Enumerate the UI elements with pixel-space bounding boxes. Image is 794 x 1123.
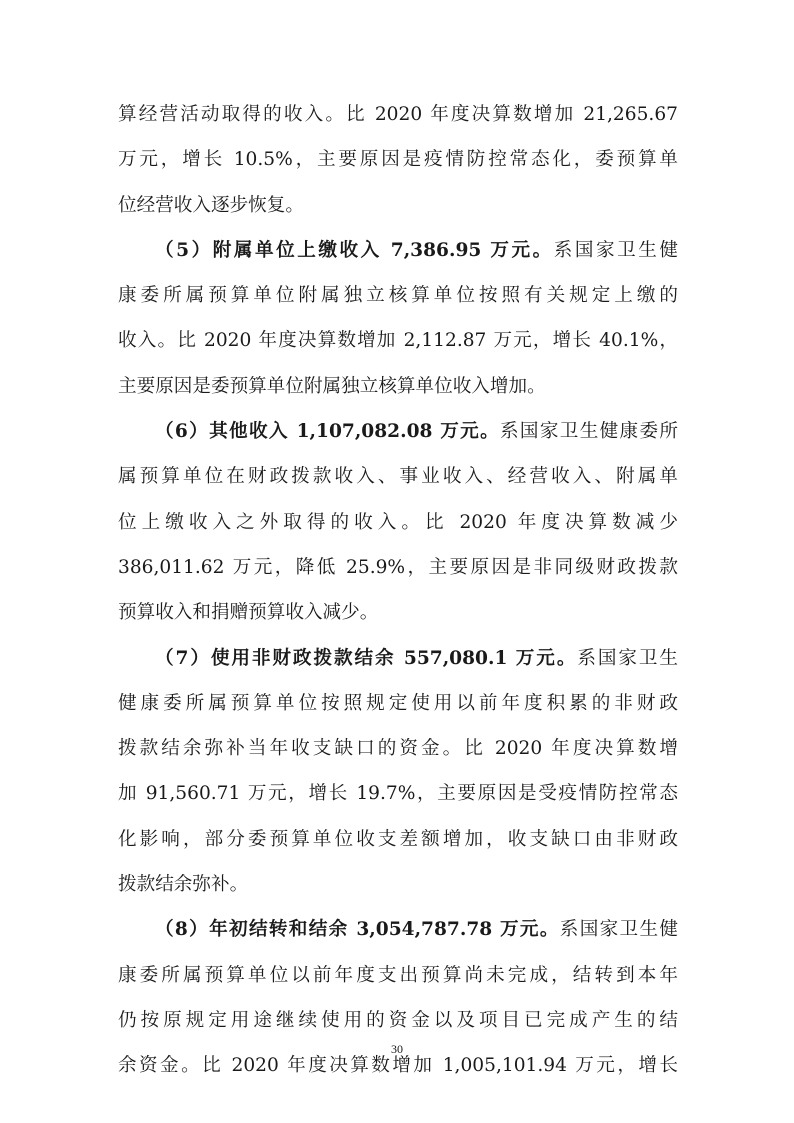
heading-continuation: 系国家卫生健康委所 bbox=[500, 421, 678, 442]
text-line: 主要原因是委预算单位附属独立核算单位收入增加。 bbox=[118, 364, 678, 409]
text-line: 加 91,560.71 万元，增长 19.7%，主要原因是受疫情防控常态 bbox=[118, 771, 678, 816]
item-heading: （6）其他收入 1,107,082.08 万元。 bbox=[155, 421, 500, 442]
text-line: 预算收入和捐赠预算收入减少。 bbox=[118, 590, 678, 635]
text-line: 属预算单位在财政拨款收入、事业收入、经营收入、附属单 bbox=[118, 454, 678, 499]
item-heading: （8）年初结转和结余 3,054,787.78 万元。 bbox=[155, 919, 560, 940]
text-line: 仍按原规定用途继续使用的资金以及项目已完成产生的结 bbox=[118, 998, 678, 1043]
text-line: 拨款结余弥补。 bbox=[118, 862, 678, 907]
heading-continuation: 系国家卫生健 bbox=[554, 240, 678, 261]
page-body: 算经营活动取得的收入。比 2020 年度决算数增加 21,265.67 万元，增… bbox=[118, 92, 678, 1089]
item-heading: （7）使用非财政拨款结余 557,080.1 万元。 bbox=[155, 648, 577, 669]
paragraph-heading-line: （6）其他收入 1,107,082.08 万元。系国家卫生健康委所 bbox=[118, 409, 678, 454]
text-line: 算经营活动取得的收入。比 2020 年度决算数增加 21,265.67 bbox=[118, 92, 678, 137]
item-heading: （5）附属单位上缴收入 7,386.95 万元。 bbox=[155, 240, 554, 261]
paragraph-heading-line: （7）使用非财政拨款结余 557,080.1 万元。系国家卫生 bbox=[118, 636, 678, 681]
text-line: 健康委所属预算单位按照规定使用以前年度积累的非财政 bbox=[118, 681, 678, 726]
text-line: 万元，增长 10.5%，主要原因是疫情防控常态化，委预算单 bbox=[118, 137, 678, 182]
text-line: 康委所属预算单位附属独立核算单位按照有关规定上缴的 bbox=[118, 273, 678, 318]
paragraph-heading-line: （8）年初结转和结余 3,054,787.78 万元。系国家卫生健 bbox=[118, 907, 678, 952]
page-number: 30 bbox=[0, 1042, 794, 1057]
text-line: 位上缴收入之外取得的收入。比 2020 年度决算数减少 bbox=[118, 500, 678, 545]
text-line: 康委所属预算单位以前年度支出预算尚未完成，结转到本年 bbox=[118, 953, 678, 998]
heading-continuation: 系国家卫生健 bbox=[560, 919, 678, 940]
text-line: 化影响，部分委预算单位收支差额增加，收支缺口由非财政 bbox=[118, 817, 678, 862]
text-line: 位经营收入逐步恢复。 bbox=[118, 183, 678, 228]
text-line: 收入。比 2020 年度决算数增加 2,112.87 万元，增长 40.1%， bbox=[118, 318, 678, 363]
text-line: 拨款结余弥补当年收支缺口的资金。比 2020 年度决算数增 bbox=[118, 726, 678, 771]
heading-continuation: 系国家卫生 bbox=[577, 648, 678, 669]
text-line: 386,011.62 万元，降低 25.9%，主要原因是非同级财政拨款 bbox=[118, 545, 678, 590]
paragraph-heading-line: （5）附属单位上缴收入 7,386.95 万元。系国家卫生健 bbox=[118, 228, 678, 273]
